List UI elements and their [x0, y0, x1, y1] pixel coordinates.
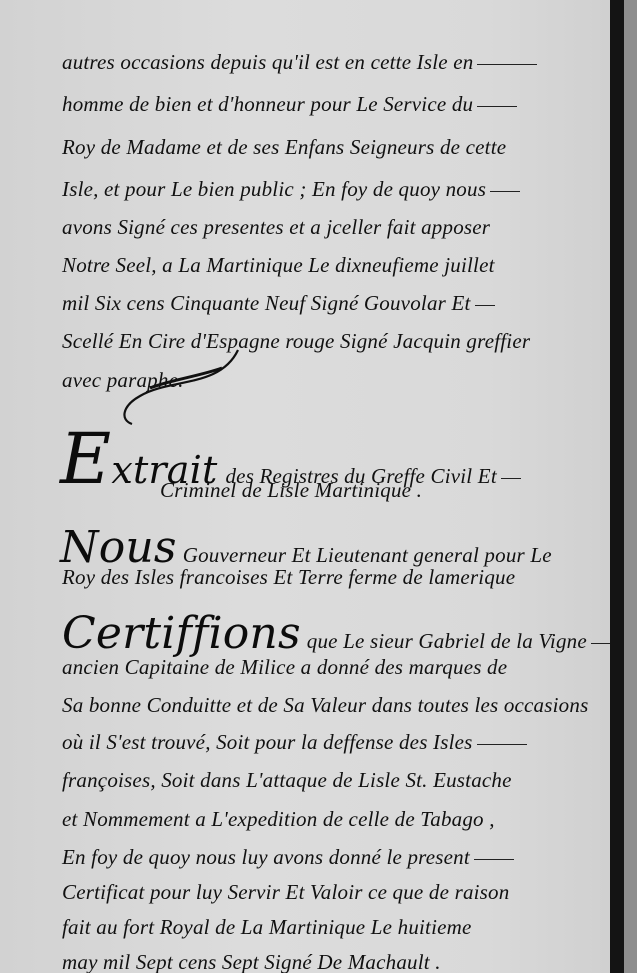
- flourish-ornament: [110, 348, 250, 428]
- text-line: autres occasions depuis qu'il est en cet…: [62, 50, 537, 75]
- text-line: Notre Seel, a La Martinique Le dixneufie…: [62, 253, 495, 278]
- text-line: ancien Capitaine de Milice a donné des m…: [62, 655, 507, 680]
- text-line: avons Signé ces presentes et a jceller f…: [62, 215, 490, 240]
- page-binding: [610, 0, 624, 973]
- text-line: En foy de quoy nous luy avons donné le p…: [62, 845, 514, 870]
- text-line: Roy des Isles francoises Et Terre ferme …: [62, 565, 515, 590]
- text-line: et Nommement a L'expedition de celle de …: [62, 807, 495, 832]
- text-line: Sa bonne Conduitte et de Sa Valeur dans …: [62, 693, 588, 718]
- text-line: Isle, et pour Le bien public ; En foy de…: [62, 177, 520, 202]
- certify-word: Certiffions: [62, 608, 301, 659]
- text-line: Certiffionsque Le sieur Gabriel de la Vi…: [62, 608, 621, 659]
- text-line: Roy de Madame et de ses Enfans Seigneurs…: [62, 135, 506, 160]
- text-line: mil Six cens Cinquante Neuf Signé Gouvol…: [62, 291, 495, 316]
- outer-margin: [624, 0, 637, 973]
- text-line: may mil Sept cens Sept Signé De Machault…: [62, 950, 441, 973]
- manuscript-page: autres occasions depuis qu'il est en cet…: [0, 0, 610, 973]
- text-line: homme de bien et d'honneur pour Le Servi…: [62, 92, 517, 117]
- text-line: fait au fort Royal de La Martinique Le h…: [62, 915, 472, 940]
- text-line: Certificat pour luy Servir Et Valoir ce …: [62, 880, 509, 905]
- heading-initial: E: [60, 418, 111, 500]
- heading-line-2: Criminel de Lisle Martinique .: [160, 478, 422, 503]
- text-line: françoises, Soit dans L'attaque de Lisle…: [62, 768, 512, 793]
- text-line: où il S'est trouvé, Soit pour la deffens…: [62, 730, 527, 755]
